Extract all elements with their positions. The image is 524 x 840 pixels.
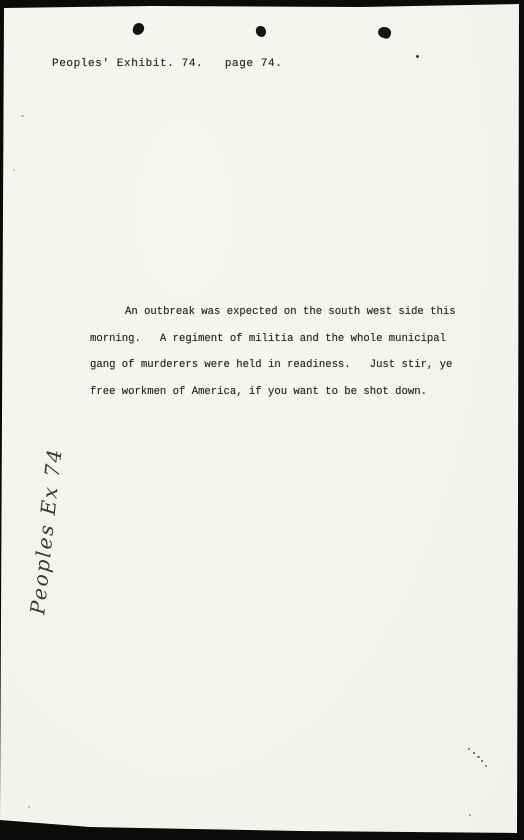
scan-speckle: [469, 814, 471, 816]
scan-speckle: [468, 748, 470, 750]
punch-hole-mark: [132, 22, 145, 36]
handwritten-note-text: Peoples Ex 74: [25, 446, 66, 615]
scan-speckle: [28, 806, 30, 808]
scan-speckle: [485, 765, 487, 767]
document-page: Peoples' Exhibit. 74. page 74. An outbre…: [0, 0, 524, 840]
exhibit-header: Peoples' Exhibit. 74. page 74.: [52, 58, 282, 70]
scan-speckle: [21, 115, 24, 117]
paragraph-line: An outbreak was expected on the south we…: [90, 299, 470, 326]
punch-hole-mark: [255, 25, 266, 37]
punch-hole-mark: [377, 25, 393, 39]
scan-speckle: [13, 169, 15, 171]
paragraph-line: gang of murderers were held in readiness…: [90, 352, 470, 379]
scan-speckle: [477, 756, 480, 758]
scan-speckle: [473, 752, 475, 754]
paragraph-line: free workmen of America, if you want to …: [90, 379, 470, 406]
body-paragraph: An outbreak was expected on the south we…: [90, 299, 470, 405]
scanned-document: Peoples' Exhibit. 74. page 74. An outbre…: [0, 0, 524, 840]
scan-speckle: [481, 760, 483, 762]
paragraph-line: morning. A regiment of militia and the w…: [90, 326, 470, 353]
scan-speckle: [416, 55, 419, 58]
